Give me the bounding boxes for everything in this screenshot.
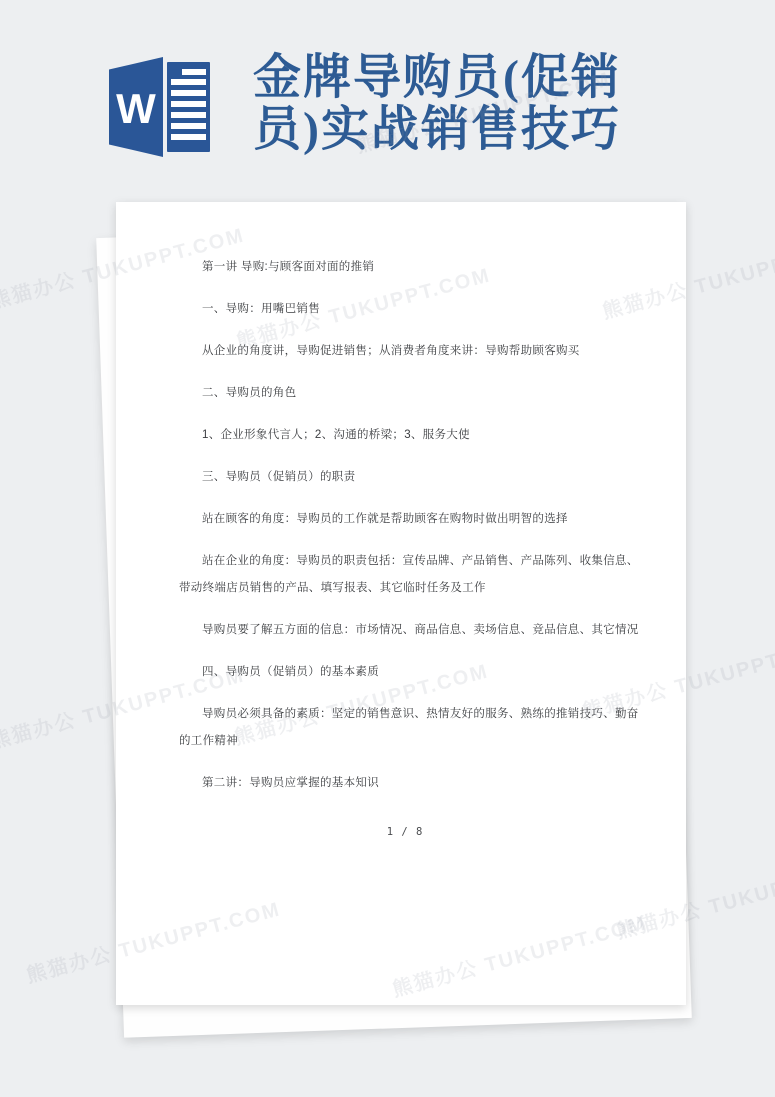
text-line: 导购员要了解五方面的信息：市场情况、商品信息、卖场信息、竞品信息、其它情况 <box>179 617 631 644</box>
text-line: 站在企业的角度：导购员的职责包括：宣传品牌、产品销售、产品陈列、收集信息、 <box>179 548 631 575</box>
text-line: 站在顾客的角度：导购员的工作就是帮助顾客在购物时做出明智的选择 <box>179 506 631 533</box>
text-line: 第二讲：导购员应掌握的基本知识 <box>179 770 631 797</box>
word-icon: W <box>104 56 212 160</box>
text-line: 导购员必须具备的素质：坚定的销售意识、热情友好的服务、熟练的推销技巧、勤奋 <box>179 701 631 728</box>
text-line: 一、导购：用嘴巴销售 <box>179 296 631 323</box>
text-line: 三、导购员（促销员）的职责 <box>179 464 631 491</box>
word-icon-line <box>182 69 206 75</box>
word-icon-lines <box>171 79 206 143</box>
page-title-line1: 金牌导购员(促销 <box>253 52 723 104</box>
document-page: 第一讲 导购:与顾客面对面的推销 一、导购：用嘴巴销售 从企业的角度讲，导购促进… <box>116 202 686 1005</box>
header: W 金牌导购员(促销 员)实战销售技巧 <box>0 0 775 185</box>
text-line: 1、企业形象代言人；2、沟通的桥梁；3、服务大使 <box>179 422 631 449</box>
text-line: 二、导购员的角色 <box>179 380 631 407</box>
word-icon-sheet <box>167 62 210 152</box>
word-icon-letter: W <box>116 88 156 130</box>
text-line: 带动终端店员销售的产品、填写报表、其它临时任务及工作 <box>179 575 631 602</box>
text-line: 的工作精神 <box>179 728 631 755</box>
text-line: 四、导购员（促销员）的基本素质 <box>179 659 631 686</box>
word-icon-cover: W <box>109 57 163 157</box>
text-line: 从企业的角度讲，导购促进销售；从消费者角度来讲：导购帮助顾客购买 <box>179 338 631 365</box>
text-line: 第一讲 导购:与顾客面对面的推销 <box>179 254 631 281</box>
page-number: 1 / 8 <box>179 826 631 838</box>
page-title-line2: 员)实战销售技巧 <box>253 104 723 156</box>
page-title: 金牌导购员(促销 员)实战销售技巧 <box>253 52 723 156</box>
